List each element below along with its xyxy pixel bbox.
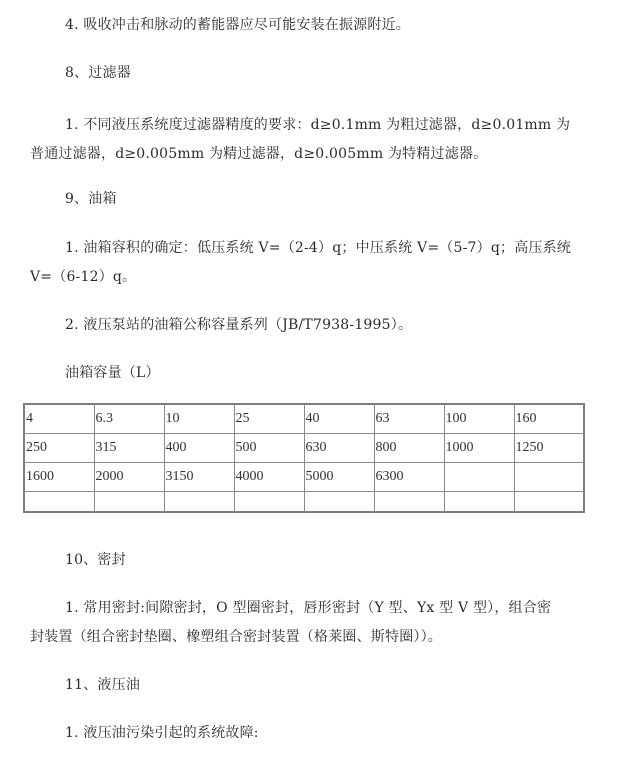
- table-cell: 4: [24, 404, 94, 433]
- table-cell: 1250: [514, 433, 584, 462]
- section-heading-hydraulic-oil: 11、液压油: [65, 676, 140, 694]
- paragraph-filter-item-1-line-2: 普通过滤器，d≥0.005mm 为精过滤器，d≥0.005mm 为特精过滤器。: [30, 145, 487, 163]
- table-cell: 10: [164, 404, 234, 433]
- table-cell: 800: [374, 433, 444, 462]
- table-cell: 250: [24, 433, 94, 462]
- table-cell: 25: [234, 404, 304, 433]
- paragraph-tank-item-2: 2. 液压泵站的油箱公称容量系列（JB/T7938-1995）。: [65, 316, 412, 334]
- paragraph-seal-item-1-line-2: 封装置（组合密封垫圈、橡塑组合密封装置（格莱圈、斯特圈））。: [30, 628, 442, 646]
- table-cell: [514, 491, 584, 512]
- table-cell: 4000: [234, 462, 304, 491]
- table-cell: [304, 491, 374, 512]
- paragraph-accumulator-item-4: 4. 吸收冲击和脉动的蓄能器应尽可能安装在振源附近。: [65, 16, 410, 34]
- table-caption: 油箱容量（L）: [65, 364, 160, 382]
- table-cell: 1000: [444, 433, 514, 462]
- table-cell: 315: [94, 433, 164, 462]
- table-cell: [374, 491, 444, 512]
- table-cell: 6300: [374, 462, 444, 491]
- table-cell: [514, 462, 584, 491]
- table-cell: 40: [304, 404, 374, 433]
- table-cell: 6.3: [94, 404, 164, 433]
- table-cell: [24, 491, 94, 512]
- table-cell: 630: [304, 433, 374, 462]
- table-cell: [444, 491, 514, 512]
- paragraph-tank-item-1-line-2: V=（6-12）q。: [30, 268, 136, 286]
- table-cell: 1600: [24, 462, 94, 491]
- paragraph-seal-item-1-line-1: 1. 常用密封:间隙密封，O 型圈密封，唇形密封（Y 型、Yx 型 V 型），组…: [65, 599, 551, 617]
- table-cell: 100: [444, 404, 514, 433]
- table-cell: 2000: [94, 462, 164, 491]
- table-cell: 400: [164, 433, 234, 462]
- table-cell: 500: [234, 433, 304, 462]
- section-heading-filter: 8、过滤器: [65, 64, 131, 82]
- table-cell: 3150: [164, 462, 234, 491]
- paragraph-oil-item-1: 1. 液压油污染引起的系统故障:: [65, 724, 259, 742]
- paragraph-filter-item-1-line-1: 1. 不同液压系统度过滤器精度的要求：d≥0.1mm 为粗过滤器，d≥0.01m…: [65, 116, 570, 134]
- table-row: 250 315 400 500 630 800 1000 1250: [24, 433, 584, 462]
- table-cell: 160: [514, 404, 584, 433]
- table-cell: [444, 462, 514, 491]
- table-row: [24, 491, 584, 512]
- section-heading-seal: 10、密封: [65, 551, 126, 569]
- table-cell: 5000: [304, 462, 374, 491]
- table-cell: [234, 491, 304, 512]
- section-heading-oil-tank: 9、油箱: [65, 190, 117, 208]
- table-row: 1600 2000 3150 4000 5000 6300: [24, 462, 584, 491]
- table-row: 4 6.3 10 25 40 63 100 160: [24, 404, 584, 433]
- table-cell: [164, 491, 234, 512]
- table-cell: [94, 491, 164, 512]
- oil-tank-capacity-table: 4 6.3 10 25 40 63 100 160 250 315 400 50…: [23, 403, 585, 513]
- table-cell: 63: [374, 404, 444, 433]
- paragraph-tank-item-1-line-1: 1. 油箱容积的确定：低压系统 V=（2-4）q；中压系统 V=（5-7）q；高…: [65, 239, 571, 257]
